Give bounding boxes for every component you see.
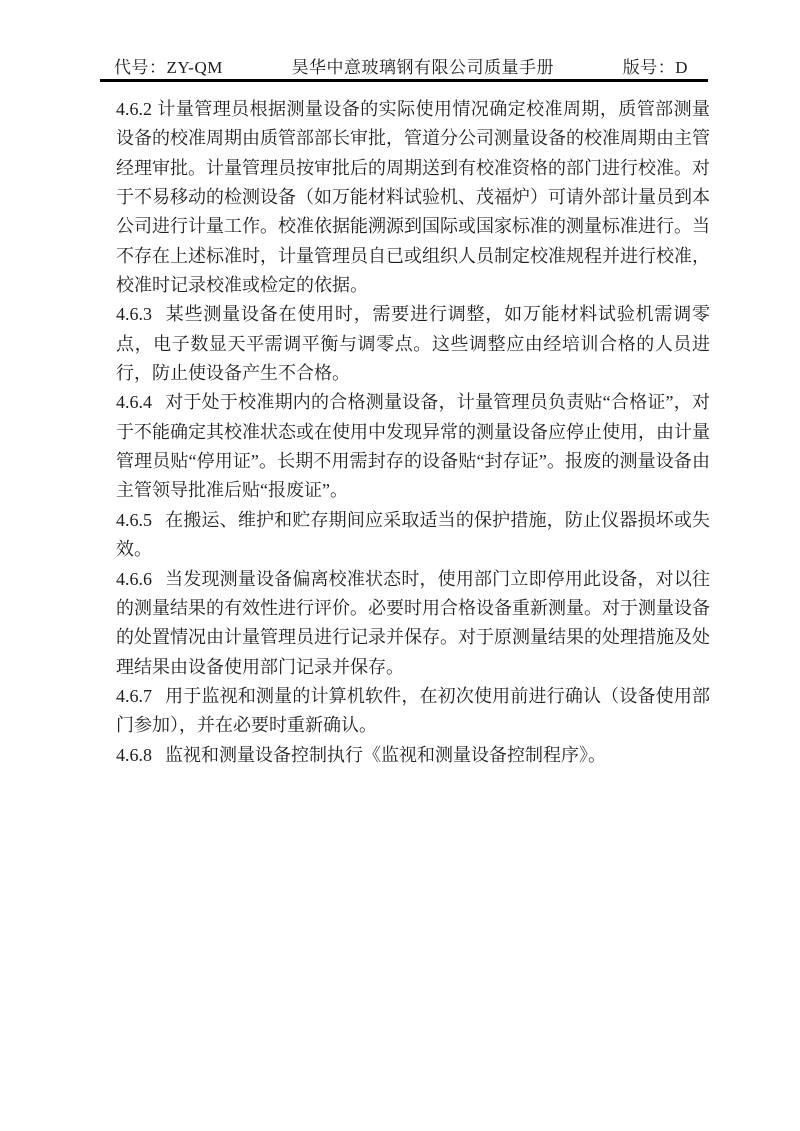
doc-title: 昊华中意玻璃钢有限公司质量手册 [292, 53, 555, 78]
clause-number: 4.6.7 [116, 686, 152, 706]
clause-text: 某些测量设备在使用时，需要进行调整，如万能材料试验机需调零点，电子数显天平需调平… [116, 304, 710, 383]
clause-number: 4.6.5 [116, 510, 152, 530]
doc-code-label: 代号：ZY-QM [114, 53, 223, 78]
clause-number: 4.6.6 [116, 569, 152, 589]
document-page: 代号：ZY-QM 昊华中意玻璃钢有限公司质量手册 版号：D 4.6.2计量管理员… [0, 0, 800, 1131]
clause-number: 4.6.3 [116, 304, 152, 324]
clause-text: 计量管理员根据测量设备的实际使用情况确定校准周期，质管部测量设备的校准周期由质管… [116, 99, 710, 295]
clause-4-6-3: 4.6.3某些测量设备在使用时，需要进行调整，如万能材料试验机需调零点，电子数显… [116, 300, 710, 388]
clause-text: 当发现测量设备偏离校准状态时，使用部门立即停用此设备，对以往的测量结果的有效性进… [116, 569, 710, 677]
clause-4-6-6: 4.6.6当发现测量设备偏离校准状态时，使用部门立即停用此设备，对以往的测量结果… [116, 565, 710, 682]
clause-4-6-4: 4.6.4对于处于校准期内的合格测量设备，计量管理员负责贴“合格证”，对于不能确… [116, 388, 710, 505]
clause-4-6-2: 4.6.2计量管理员根据测量设备的实际使用情况确定校准周期，质管部测量设备的校准… [116, 95, 710, 300]
clause-number: 4.6.2 [116, 99, 152, 119]
clause-text: 对于处于校准期内的合格测量设备，计量管理员负责贴“合格证”，对于不能确定其校准状… [116, 392, 710, 500]
clause-4-6-8: 4.6.8监视和测量设备控制执行《监视和测量设备控制程序》。 [116, 741, 710, 770]
doc-version-label: 版号：D [623, 53, 710, 78]
clause-number: 4.6.4 [116, 392, 152, 412]
header-rule [100, 79, 708, 82]
clause-number: 4.6.8 [116, 745, 152, 765]
document-body: 4.6.2计量管理员根据测量设备的实际使用情况确定校准周期，质管部测量设备的校准… [116, 95, 710, 770]
clause-text: 监视和测量设备控制执行《监视和测量设备控制程序》。 [165, 745, 606, 765]
clause-text: 在搬运、维护和贮存期间应采取适当的保护措施，防止仪器损坏或失效。 [116, 510, 710, 559]
page-header: 代号：ZY-QM 昊华中意玻璃钢有限公司质量手册 版号：D [114, 53, 710, 78]
clause-text: 用于监视和测量的计算机软件，在初次使用前进行确认（设备使用部门参加），并在必要时… [116, 686, 710, 735]
clause-4-6-7: 4.6.7用于监视和测量的计算机软件，在初次使用前进行确认（设备使用部门参加），… [116, 682, 710, 741]
clause-4-6-5: 4.6.5在搬运、维护和贮存期间应采取适当的保护措施，防止仪器损坏或失效。 [116, 506, 710, 565]
